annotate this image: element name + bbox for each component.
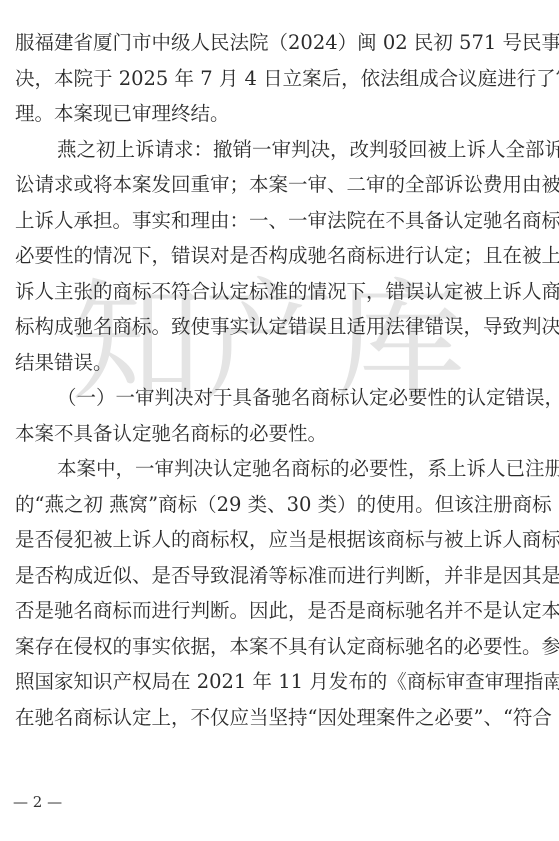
document-body: 服福建省厦门市中级人民法院（2024）闽 02 民初 571 号民事判 决，本院…: [15, 25, 519, 735]
text-line: 的“燕之初 燕窝”商标（29 类、30 类）的使用。但该注册商标: [15, 487, 519, 523]
text-line: 讼请求或将本案发回重审；本案一审、二审的全部诉讼费用由被: [15, 167, 519, 203]
text-line: 上诉人承担。事实和理由：一、一审法院在不具备认定驰名商标: [15, 203, 519, 239]
text-line: 必要性的情况下，错误对是否构成驰名商标进行认定；且在被上: [15, 238, 519, 274]
text-line: 结果错误。: [15, 345, 519, 381]
text-line: 决，本院于 2025 年 7 月 4 日立案后，依法组成合议庭进行了审: [15, 61, 519, 97]
page-number: — 2 —: [13, 792, 62, 812]
text-line: 燕之初上诉请求：撤销一审判决，改判驳回被上诉人全部诉: [15, 132, 519, 168]
text-line: 服福建省厦门市中级人民法院（2024）闽 02 民初 571 号民事判: [15, 25, 519, 61]
text-line: 本案不具备认定驰名商标的必要性。: [15, 416, 519, 452]
text-line: 在驰名商标认定上，不仅应当坚持“因处理案件之必要”、“符合: [15, 700, 519, 736]
text-line: 诉人主张的商标不符合认定标准的情况下，错误认定被上诉人商: [15, 274, 519, 310]
text-line: 标构成驰名商标。致使事实认定错误且适用法律错误，导致判决: [15, 309, 519, 345]
text-line: 案存在侵权的事实依据，本案不具有认定商标驰名的必要性。参: [15, 629, 519, 665]
text-line: 否是驰名商标而进行判断。因此，是否是商标驰名并不是认定本: [15, 593, 519, 629]
text-line: 理。本案现已审理终结。: [15, 96, 519, 132]
text-line: 照国家知识产权局在 2021 年 11 月发布的《商标审查审理指南》，: [15, 664, 519, 700]
text-line: 是否侵犯被上诉人的商标权，应当是根据该商标与被上诉人商标: [15, 522, 519, 558]
text-line: 本案中，一审判决认定驰名商标的必要性，系上诉人已注册: [15, 451, 519, 487]
text-line: 是否构成近似、是否导致混淆等标准而进行判断，并非是因其是: [15, 558, 519, 594]
text-line: （一）一审判决对于具备驰名商标认定必要性的认定错误，: [15, 380, 519, 416]
document-page: 知产库 服福建省厦门市中级人民法院（2024）闽 02 民初 571 号民事判 …: [0, 0, 559, 841]
